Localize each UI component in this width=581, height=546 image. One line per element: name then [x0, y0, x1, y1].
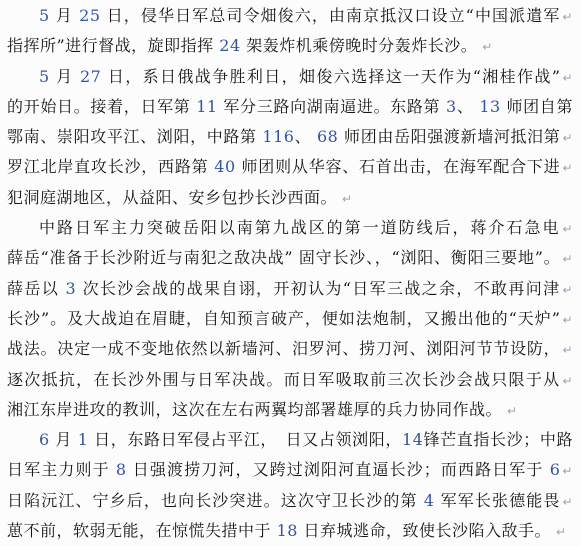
number-text: 4	[424, 491, 435, 510]
number-text: 116	[262, 127, 294, 146]
text-line: 5 月 27 日，系日俄战争胜利日，畑俊六选择这一天作为“湘桂作战”↵	[7, 62, 573, 92]
number-text: 3	[65, 279, 76, 298]
linebreak-mark-icon: ↵	[560, 10, 573, 24]
number-text: 5	[39, 67, 50, 86]
linebreak-mark-icon: ↵	[560, 343, 573, 357]
linebreak-mark-icon: ↵	[477, 40, 493, 54]
linebreak-mark-icon: ↵	[560, 131, 573, 145]
number-text: 1	[78, 430, 89, 449]
linebreak-mark-icon: ↵	[560, 161, 573, 175]
text-line: 鄂南、崇阳攻平江、浏阳，中路第 116、 68 师团由岳阳强渡新墙河抵汨第↵	[7, 122, 573, 152]
linebreak-mark-icon: ↵	[337, 192, 353, 206]
text-line: 中路日军主力突破岳阳以南第九战区的第一道防线后，蒋介石急电↵	[7, 213, 573, 243]
text-line: 葸不前，软弱无能，在惊慌失措中于 18 日弃城逃命，致使长沙陷入敌手。↵	[7, 516, 573, 546]
number-text: 6	[550, 460, 561, 479]
text-line: 指挥所”进行督战，旋即指挥 24 架轰炸机乘傍晚时分轰炸长沙。↵	[7, 31, 573, 61]
number-text: 24	[219, 36, 240, 55]
linebreak-mark-icon: ↵	[560, 283, 573, 297]
text-line: 日陷沅江、宁乡后，也向长沙突进。这次守卫长沙的第 4 军军长张德能畏↵	[7, 486, 573, 516]
number-text: 18	[277, 521, 298, 540]
text-line: 湘江东岸进攻的教训，这次在左右两翼均部署雄厚的兵力协同作战。↵	[7, 395, 573, 425]
text-line: 薛岳以 3 次长沙会战的战果自诩，开初认为“日军三战之余，不敢再问津↵	[7, 274, 573, 304]
number-text: 8	[116, 460, 127, 479]
text-line: 5 月 25 日，侵华日军总司令畑俊六，由南京抵汉口设立“中国派遣军↵	[7, 1, 573, 31]
number-text: 13	[479, 97, 500, 116]
linebreak-mark-icon: ↵	[560, 252, 573, 266]
text-line: 长沙”。及大战迫在眉睫，自知预言破产，便如法炮制，又搬出他的“天炉”↵	[7, 304, 573, 334]
linebreak-mark-icon: ↵	[560, 374, 573, 388]
text-line: 犯洞庭湖地区，从益阳、安乡包抄长沙西面。↵	[7, 183, 573, 213]
number-text: 68	[317, 127, 338, 146]
linebreak-mark-icon: ↵	[560, 313, 573, 327]
number-text: 25	[79, 6, 100, 25]
number-text: 3	[446, 97, 457, 116]
text-line: 6 月 1 日，东路日军侵占平江， 日又占领浏阳，14锋芒直指长沙；中路↵	[7, 425, 573, 455]
text-line: 逐次抵抗，在长沙外围与日军决战。而日军吸取前三次长沙会战只限于从↵	[7, 365, 573, 395]
number-text: 14	[402, 430, 423, 449]
text-line: 日军主力则于 8 日强渡捞刀河，又跨过浏阳河直逼长沙；而西路日军于 6↵	[7, 455, 573, 485]
text-line: 薛岳“准备于长沙附近与南犯之敌决战” 固守长沙、，“浏阳、衡阳三要地”。↵	[7, 243, 573, 273]
linebreak-mark-icon: ↵	[560, 464, 573, 478]
document-page: 5 月 25 日，侵华日军总司令畑俊六，由南京抵汉口设立“中国派遣军↵指挥所”进…	[0, 0, 581, 546]
linebreak-mark-icon: ↵	[551, 525, 567, 539]
number-text: 40	[214, 157, 235, 176]
number-text: 11	[196, 97, 217, 116]
number-text: 27	[80, 67, 101, 86]
text-line: 的开始日。接着，日军第 11 军分三路向湖南逼进。东路第 3、 13 师团自第↵	[7, 92, 573, 122]
linebreak-mark-icon: ↵	[560, 71, 573, 85]
text-line: 罗江北岸直攻长沙，西路第 40 师团则从华容、石首出击，在海军配合下进↵	[7, 152, 573, 182]
text-line: 战法。决定一成不变地依然以新墙河、汨罗河、捞刀河、浏阳河节节设防，↵	[7, 334, 573, 364]
number-text: 5	[39, 6, 50, 25]
linebreak-mark-icon: ↵	[502, 404, 518, 418]
number-text: 6	[39, 430, 50, 449]
linebreak-mark-icon: ↵	[560, 495, 573, 509]
linebreak-mark-icon: ↵	[560, 222, 573, 236]
